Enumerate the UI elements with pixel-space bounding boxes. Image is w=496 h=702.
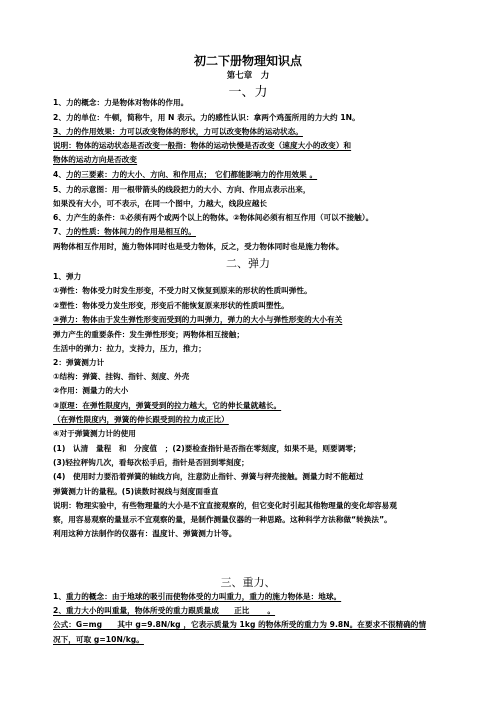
text-line: 两物体相互作用时，施力物体同时也是受力物体，反之，受力物体同时也是施力物体。 [53,242,343,252]
document-title: 初二下册物理知识点 [0,52,496,69]
text-line: ③弹力：物体由于发生弹性形变而受到的力叫弹力，弹力的大小与弹性形变的大小有关 [53,315,342,325]
text-line: ①弹性：物体受力时发生形变，不受力时又恢复到原来的形状的性质叫弹性。 [53,286,312,296]
document-page: 初二下册物理知识点 第七章 力 一、力 1、力的概念：力是物体对物体的作用。 2… [0,0,496,702]
text-line: 如果没有大小，可不表示，在同一个图中，力越大，线段应越长 [53,199,267,209]
text-line: 1、弹力 [53,272,81,282]
text-line: (4) 使用时力要沿着弹簧的轴线方向，注意防止指针、弹簧与秤壳接触。测量力时不能… [53,472,363,482]
text-line: 2：弹簧测力计 [53,358,104,368]
text-line: 7、力的性质：物体间力的作用是相互的。 [53,227,196,237]
text-line: 况下，可取 g=10N/kg。 [53,635,144,645]
text-line: 3、力的作用效果：力可以改变物体的形状，力可以改变物体的运动状态。 [53,127,303,137]
text-line: 6、力产生的条件：①必须有两个或两个以上的物体。②物体间必须有相互作用（可以不接… [53,213,373,223]
text-line: (1) 认清 量程 和 分度值 ；(2)要检查指针是否指在零刻度，如果不是，则要… [53,444,361,454]
section-heading-elastic-force: 二、弹力 [0,255,496,271]
text-line: 1、力的概念：力是物体对物体的作用。 [53,98,188,108]
text-line: ③原理：在弹性限度内，弹簧受到的拉力越大，它的伸长量就越长。 [53,401,281,411]
text-line: 利用这种方法制作的仪器有：温度计、弹簧测力计等。 [53,529,236,539]
chapter-heading: 第七章 力 [0,69,496,81]
text-line: 物体的运动方向是否改变 [53,155,137,165]
text-line: 公式：G=mg 其中 g=9.8N/kg ，它表示质量为 1kg 的物体所受的重… [53,620,426,630]
text-line: (3)轻拉秤钩几次，看每次松手后，指针是否回到零刻度； [53,458,249,468]
text-line: 1、重力的概念：由于地球的吸引而使物体受的力叫重力，重力的施力物体是：地球。 [53,592,341,602]
text-line: 说明：物体的运动状态是否改变一般指：物体的运动快慢是否改变（速度大小的改变）和 [53,141,351,151]
section-heading-gravity: 三、重力、 [0,574,496,590]
line-prefix: 7、 [53,227,66,236]
text-line: 2、力的单位：牛顿，简称牛，用 N 表示。力的感性认识：拿两个鸡蛋所用的力大约 … [53,113,360,123]
line-body: 力的性质：物体间力的作用是相互的。 [66,227,196,236]
line-prefix: 4、 [53,170,66,179]
text-line: 2、重力大小的叫重量，物体所受的重力跟质量成 正比 。 [53,606,275,616]
text-line: 生活中的弹力：拉力，支持力，压力，推力； [53,344,206,354]
line-body: 重力的概念：由于地球的吸引而使物体受的力叫重力，重力的施力物体是：地球。 [66,592,341,601]
text-line: 5、力的示意图：用一根带箭头的线段把力的大小、方向、作用点表示出来， [53,185,311,195]
text-line: （在弹性限度内，弹簧的伸长跟受到的拉力成正比） [53,415,229,425]
text-line: ①结构：弹簧、挂钩、指针、刻度、外壳 [53,372,189,382]
text-line: ②塑性：物体受力发生形变，形变后不能恢复原来形状的性质叫塑性。 [53,301,289,311]
text-line: ④对于弹簧测力计的使用 [53,429,136,439]
text-line: 弹簧测力计的量程。(5)读数时视线与刻度面垂直 [53,487,218,497]
line-body: 力的三要素：力的大小、方向、和作用点； 它们都能影响力的作用效果 。 [66,170,317,179]
text-line: 说明：物理实验中，有些物理量的大小是不宜直接观察的，但它变化时引起其他物理量的变… [53,501,397,511]
text-line: 察，用容易观察的量显示不宜观察的量，是制作测量仪器的一种思路。这种科学方法称做“… [53,515,392,525]
line-body: 原理：在弹性限度内，弹簧受到的拉力越大，它的伸长量就越长。 [59,401,281,410]
text-line: 4、力的三要素：力的大小、方向、和作用点； 它们都能影响力的作用效果 。 [53,170,317,180]
text-line: ②作用：测量力的大小 [53,386,128,396]
text-line: 弹力产生的重要条件：发生弹性形变；两物体相互接触； [53,330,244,340]
line-prefix: 1、 [53,592,66,601]
